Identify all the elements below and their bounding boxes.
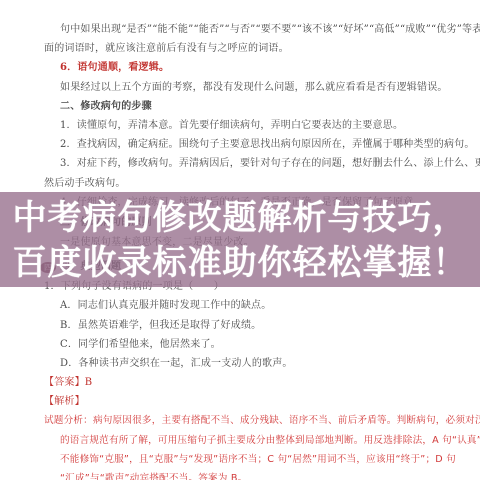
paragraph-line: 然后动手改病句。 (44, 178, 126, 190)
paragraph-line: 如果经过以上五个方面的考察，都没有发现什么问题，那么就应看看是否有逻辑错误。 (60, 82, 448, 94)
step-item: 3．对症下药，修改病句。弄清病因后，要针对句子存在的问题，想好删去什么、添上什么… (60, 158, 480, 170)
step-item: 1．读懂原句，弄清本意。首先要仔细读病句，弄明白它要表达的主要意思。 (60, 120, 403, 132)
analysis-line: 不能修饰“克服”，且“克服”与“发现”语序不当；C 句“居然”用词不当，应该用“… (60, 454, 456, 466)
option-c: C．同学们希望他来，他居然来了。 (60, 339, 221, 351)
overlay-title-line-2: 百度收录标准助你轻松掌握！ (0, 243, 480, 283)
option-d: D．各种读书声交织在一起，汇成一支动人的歌声。 (60, 358, 293, 370)
option-b: B．虽然英语难学，但我还是取得了好成绩。 (60, 320, 261, 332)
answer-label: 【答案】B (44, 377, 92, 389)
section-heading-6: 6．语句通顺，看逻辑。 (60, 62, 169, 74)
paragraph-line: 句中如果出现“是否”“能不能”“能否”“与否”“要不要”“该不该”“好坏”“高低… (60, 24, 480, 36)
analysis-line: 的语言规范有所了解，可用压缩句子抓主要成分由整体到局部地判断。用反选排除法，A … (60, 435, 480, 447)
analysis-label: 【解析】 (44, 396, 85, 408)
overlay-title-line-1: 中考病句修改题解析与技巧， (0, 198, 480, 238)
paragraph-line: 面的词语时，就应该注意前后有没有与之呼应的词语。 (44, 43, 289, 55)
step-item: 2．查找病因，确定病症。围绕句子主要意思找出病句原因所在，弄懂属于哪种类型的病句… (60, 139, 475, 151)
option-a: A．同志们认真克服并随时发现工作中的缺点。 (60, 300, 271, 312)
analysis-line: “汇成”与“歌声”动宾搭配不当。答案为 B。 (60, 473, 247, 480)
section-heading-steps: 二、修改病句的步骤 (60, 101, 152, 113)
analysis-line: 试题分析：病句原因很多，主要有搭配不当、成分残缺、语序不当、前后矛盾等。判断病句… (44, 415, 480, 427)
